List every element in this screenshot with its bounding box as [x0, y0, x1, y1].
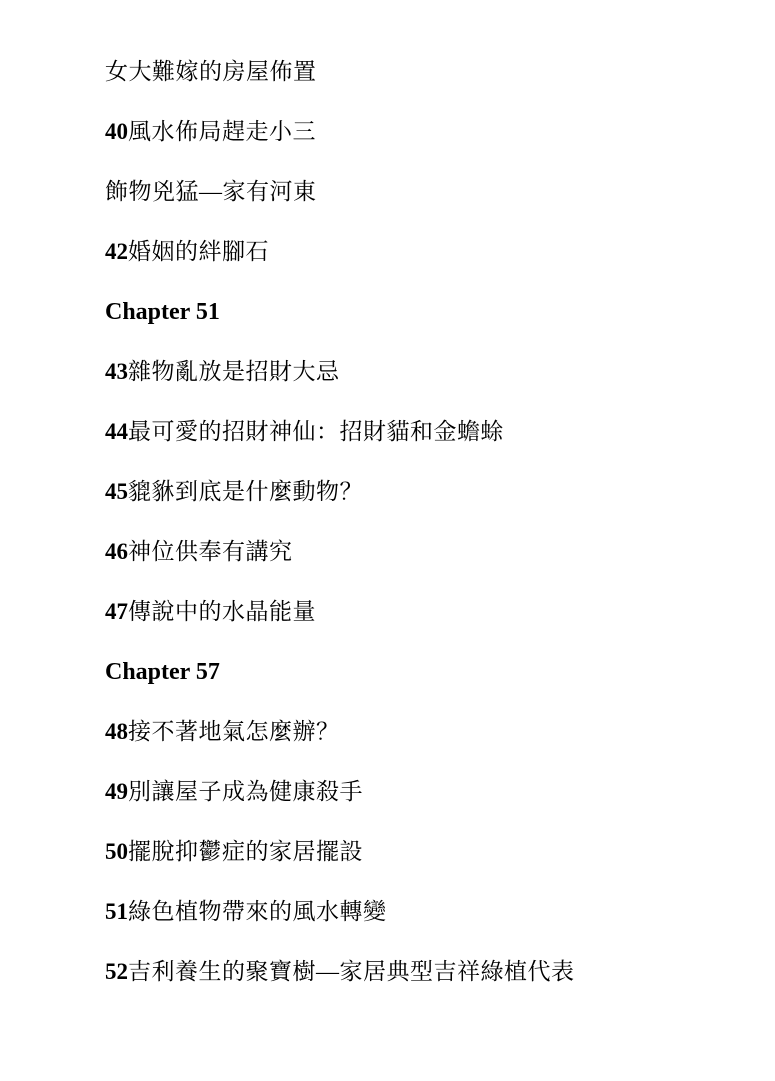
- entry-number: 52: [105, 959, 128, 984]
- toc-entry: 50擺脫抑鬱症的家居擺設: [105, 822, 745, 882]
- entry-number: 44: [105, 419, 128, 444]
- entry-title: 擺脫抑鬱症的家居擺設: [128, 839, 363, 864]
- toc-entry: 43雜物亂放是招財大忌: [105, 342, 745, 402]
- entry-title: 別讓屋子成為健康殺手: [128, 779, 363, 804]
- entry-title: 女大難嫁的房屋佈置: [105, 59, 317, 84]
- toc-entry: 52吉利養生的聚寶樹—家居典型吉祥綠植代表: [105, 942, 745, 1002]
- entry-title: 最可愛的招財神仙：招財貓和金蟾蜍: [128, 419, 504, 444]
- toc-entry: 45貔貅到底是什麼動物？: [105, 462, 745, 522]
- toc-entry: 48接不著地氣怎麼辦？: [105, 702, 745, 762]
- table-of-contents: 女大難嫁的房屋佈置40風水佈局趕走小三飾物兇猛—家有河東42婚姻的絆腳石Chap…: [105, 42, 745, 1002]
- toc-entry: 女大難嫁的房屋佈置: [105, 42, 745, 102]
- entry-number: 40: [105, 119, 128, 144]
- entry-title: 貔貅到底是什麼動物？: [128, 479, 363, 504]
- entry-number: 47: [105, 599, 128, 624]
- entry-title: 雜物亂放是招財大忌: [128, 359, 340, 384]
- entry-title: 吉利養生的聚寶樹—家居典型吉祥綠植代表: [128, 959, 575, 984]
- toc-entry: 46神位供奉有講究: [105, 522, 745, 582]
- entry-title: 傳說中的水晶能量: [128, 599, 316, 624]
- chapter-heading-label: Chapter 51: [105, 299, 220, 325]
- toc-entry: 44最可愛的招財神仙：招財貓和金蟾蜍: [105, 402, 745, 462]
- entry-number: 42: [105, 239, 128, 264]
- toc-entry: 42婚姻的絆腳石: [105, 222, 745, 282]
- toc-entry: 49別讓屋子成為健康殺手: [105, 762, 745, 822]
- chapter-heading: Chapter 57: [105, 642, 745, 702]
- entry-number: 43: [105, 359, 128, 384]
- toc-entry: 飾物兇猛—家有河東: [105, 162, 745, 222]
- toc-entry: 51綠色植物帶來的風水轉變: [105, 882, 745, 942]
- entry-title: 神位供奉有講究: [128, 539, 293, 564]
- entry-number: 48: [105, 719, 128, 744]
- entry-title: 飾物兇猛—家有河東: [105, 179, 317, 204]
- entry-number: 51: [105, 899, 128, 924]
- entry-number: 50: [105, 839, 128, 864]
- toc-entry: 40風水佈局趕走小三: [105, 102, 745, 162]
- document-page: 女大難嫁的房屋佈置40風水佈局趕走小三飾物兇猛—家有河東42婚姻的絆腳石Chap…: [0, 0, 775, 1081]
- entry-title: 風水佈局趕走小三: [128, 119, 316, 144]
- entry-number: 45: [105, 479, 128, 504]
- entry-number: 49: [105, 779, 128, 804]
- entry-title: 綠色植物帶來的風水轉變: [128, 899, 387, 924]
- entry-title: 婚姻的絆腳石: [128, 239, 269, 264]
- entry-title: 接不著地氣怎麼辦？: [128, 719, 340, 744]
- toc-entry: 47傳說中的水晶能量: [105, 582, 745, 642]
- chapter-heading: Chapter 51: [105, 282, 745, 342]
- chapter-heading-label: Chapter 57: [105, 659, 220, 685]
- entry-number: 46: [105, 539, 128, 564]
